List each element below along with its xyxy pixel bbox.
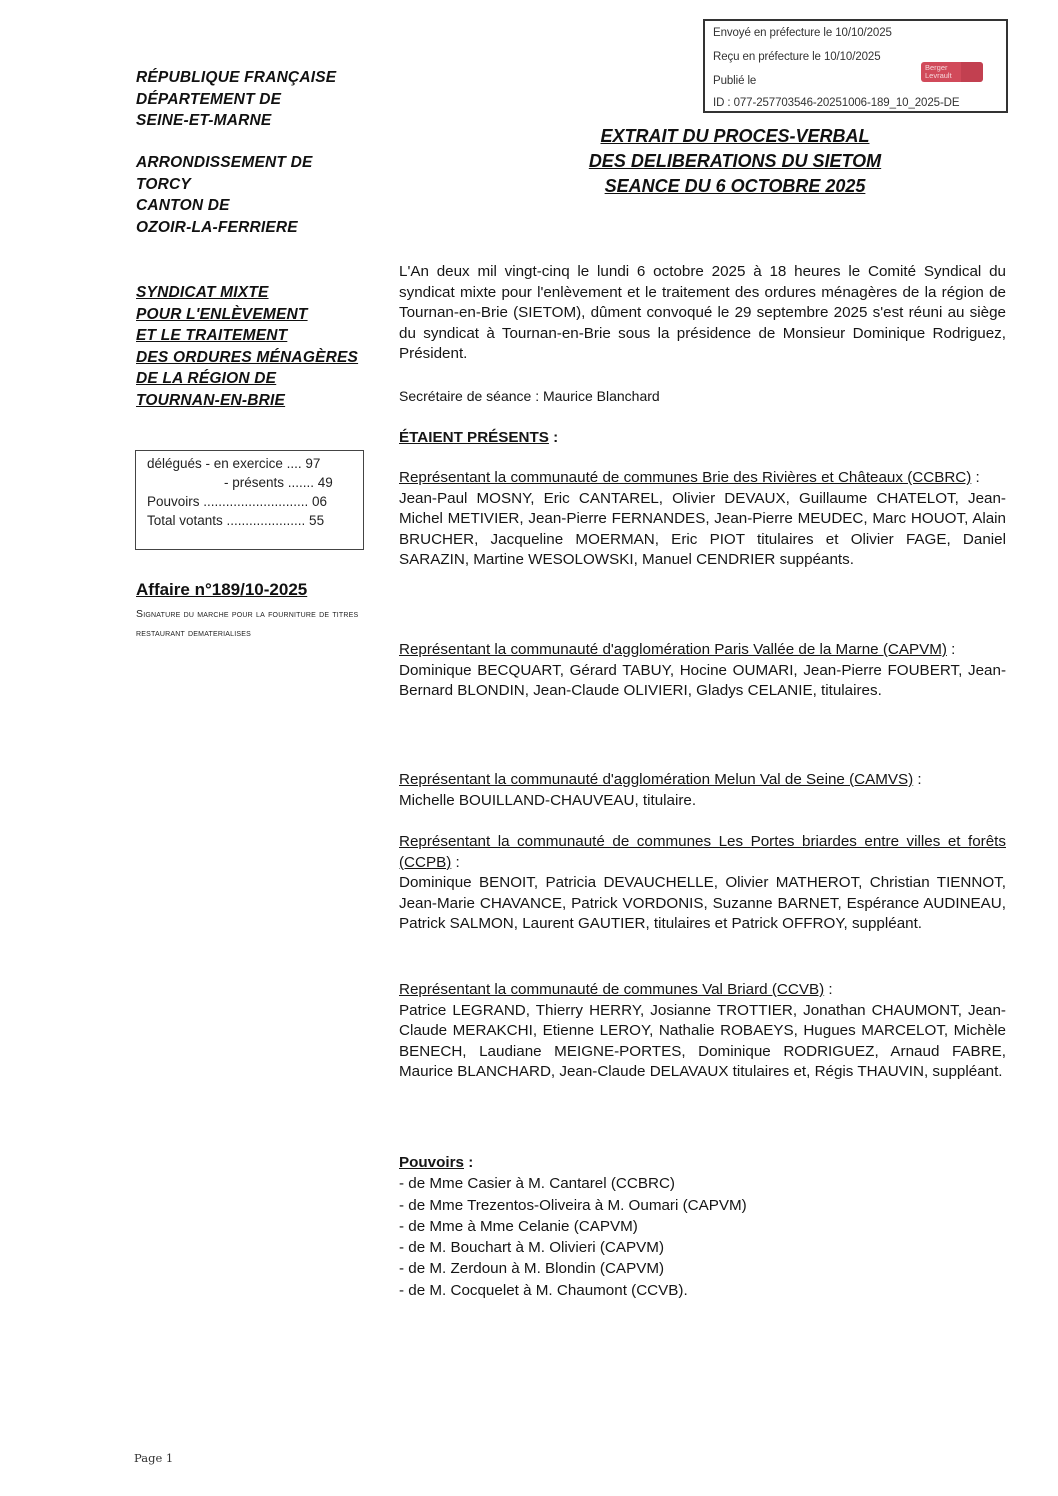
header-line: DES ORDURES MÉNAGÈRES xyxy=(136,347,358,369)
pouvoir-item: - de Mme à Mme Celanie (CAPVM) xyxy=(399,1216,747,1237)
pouvoirs-section: Pouvoirs : - de Mme Casier à M. Cantarel… xyxy=(399,1152,747,1301)
secretary-line: Secrétaire de séance : Maurice Blanchard xyxy=(399,386,1006,407)
count-en-exercice: délégués - en exercice .... 97 xyxy=(147,456,320,471)
group-ccbrc: Représentant la communauté de communes B… xyxy=(399,468,1006,571)
group-camvs: Représentant la communauté d'agglomérati… xyxy=(399,770,1006,811)
vote-counts-box: délégués - en exercice .... 97 - présent… xyxy=(135,450,364,550)
title-line: SEANCE DU 6 OCTOBRE 2025 xyxy=(560,174,910,199)
group-members: Dominique BECQUART, Gérard TABUY, Hocine… xyxy=(399,661,1006,702)
pouvoir-item: - de M. Zerdoun à M. Blondin (CAPVM) xyxy=(399,1258,747,1279)
header-line: DE LA RÉGION DE xyxy=(136,368,358,390)
header-line: TOURNAN-EN-BRIE xyxy=(136,390,358,412)
title-line: DES DELIBERATIONS DU SIETOM xyxy=(560,149,910,174)
logo-text-2: Levrault xyxy=(925,72,979,80)
syndicat-header: SYNDICAT MIXTE POUR L'ENLÈVEMENT ET LE T… xyxy=(136,282,358,411)
stamp-sent-date: Envoyé en préfecture le 10/10/2025 xyxy=(713,27,892,39)
group-heading-suffix: : xyxy=(451,854,459,871)
count-presents: - présents ....... 49 xyxy=(224,475,333,490)
header-line: RÉPUBLIQUE FRANÇAISE xyxy=(136,67,336,89)
group-members: Patrice LEGRAND, Thierry HERRY, Josianne… xyxy=(399,1001,1006,1083)
stamp-id: ID : 077-257703546-20251006-189_10_2025-… xyxy=(713,97,959,109)
pouvoirs-heading-suffix: : xyxy=(464,1154,473,1171)
group-heading-suffix: : xyxy=(947,641,955,658)
header-line: TORCY xyxy=(136,174,313,196)
group-members: Dominique BENOIT, Patricia DEVAUCHELLE, … xyxy=(399,873,1006,935)
header-line: CANTON DE xyxy=(136,195,313,217)
affaire-number: Affaire n°189/10-2025 xyxy=(136,580,307,600)
header-line: ARRONDISSEMENT DE xyxy=(136,152,313,174)
group-members: Michelle BOUILLAND-CHAUVEAU, titulaire. xyxy=(399,791,1006,812)
pouvoirs-heading-text: Pouvoirs xyxy=(399,1154,464,1171)
pouvoir-item: - de Mme Casier à M. Cantarel (CCBRC) xyxy=(399,1173,747,1194)
affaire-description: Signature du marche pour la fourniture d… xyxy=(136,605,376,643)
group-heading: Représentant la communauté de communes L… xyxy=(399,833,1006,871)
intro-paragraph: L'An deux mil vingt-cinq le lundi 6 octo… xyxy=(399,262,1006,365)
header-line: POUR L'ENLÈVEMENT xyxy=(136,304,358,326)
header-line: SEINE-ET-MARNE xyxy=(136,110,336,132)
presents-heading-suffix: : xyxy=(549,429,558,446)
header-line: DÉPARTEMENT DE xyxy=(136,89,336,111)
page-number: Page 1 xyxy=(134,1451,173,1465)
stamp-received-date: Reçu en préfecture le 10/10/2025 xyxy=(713,51,881,63)
header-line: OZOIR-LA-FERRIERE xyxy=(136,217,313,239)
stamp-published: Publié le xyxy=(713,75,756,87)
republic-header: RÉPUBLIQUE FRANÇAISE DÉPARTEMENT DE SEIN… xyxy=(136,67,336,132)
document-title: EXTRAIT DU PROCES-VERBAL DES DELIBERATIO… xyxy=(560,124,910,199)
header-line: ET LE TRAITEMENT xyxy=(136,325,358,347)
count-pouvoirs: Pouvoirs ............................ 06 xyxy=(147,494,327,509)
count-total-votants: Total votants ..................... 55 xyxy=(147,513,324,528)
group-heading-suffix: : xyxy=(824,981,832,998)
group-heading-suffix: : xyxy=(971,469,979,486)
prefecture-stamp: Envoyé en préfecture le 10/10/2025 Reçu … xyxy=(703,19,1008,113)
group-heading: Représentant la communauté d'agglomérati… xyxy=(399,771,913,788)
pouvoir-item: - de M. Bouchart à M. Olivieri (CAPVM) xyxy=(399,1237,747,1258)
group-capvm: Représentant la communauté d'agglomérati… xyxy=(399,640,1006,702)
presents-heading: ÉTAIENT PRÉSENTS : xyxy=(399,428,1006,449)
berger-levrault-logo-icon: Berger Levrault xyxy=(921,62,983,82)
group-heading-suffix: : xyxy=(913,771,921,788)
title-line: EXTRAIT DU PROCES-VERBAL xyxy=(560,124,910,149)
pouvoir-item: - de Mme Trezentos-Oliveira à M. Oumari … xyxy=(399,1195,747,1216)
group-heading: Représentant la communauté de communes V… xyxy=(399,981,824,998)
header-line: SYNDICAT MIXTE xyxy=(136,282,358,304)
group-members: Jean-Paul MOSNY, Eric CANTAREL, Olivier … xyxy=(399,489,1006,571)
presents-heading-text: ÉTAIENT PRÉSENTS xyxy=(399,429,549,446)
pouvoir-item: - de M. Cocquelet à M. Chaumont (CCVB). xyxy=(399,1280,747,1301)
group-heading: Représentant la communauté d'agglomérati… xyxy=(399,641,947,658)
pouvoirs-heading: Pouvoirs : xyxy=(399,1152,747,1173)
group-ccvb: Représentant la communauté de communes V… xyxy=(399,980,1006,1083)
group-ccpb: Représentant la communauté de communes L… xyxy=(399,832,1006,935)
arrondissement-header: ARRONDISSEMENT DE TORCY CANTON DE OZOIR-… xyxy=(136,152,313,238)
group-heading: Représentant la communauté de communes B… xyxy=(399,469,971,486)
